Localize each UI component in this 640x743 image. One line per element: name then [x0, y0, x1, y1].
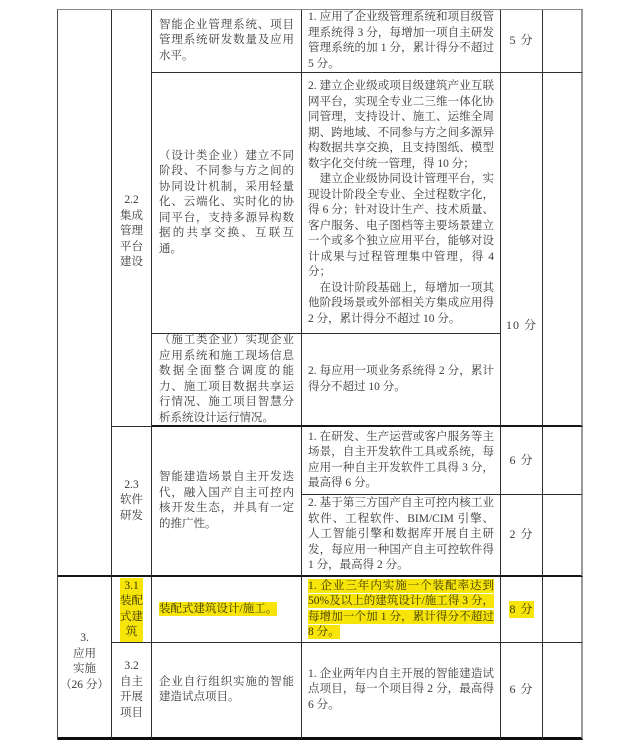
- section-3-header-cell: 3. 应用 实施 （26 分）: [58, 577, 112, 740]
- remarks-empty-cell: [543, 73, 583, 427]
- subsection-3-1-label: 3.1 装配 式建 筑: [120, 578, 143, 642]
- criteria-self-developed-tools: 1. 在研发、生产运营或客户服务等主场景，自主开发软件工具或系统，每应用一种自主…: [302, 427, 500, 495]
- score-6a: 6 分: [509, 453, 533, 469]
- score-2: 2 分: [509, 527, 533, 543]
- subsection-2-3-label: 2.3 软件 研发: [120, 478, 143, 525]
- remarks-empty-cell: [543, 577, 583, 643]
- score-2-cell: 2 分: [501, 495, 543, 577]
- remarks-empty-cell: [543, 427, 583, 495]
- criteria-mgmt-systems-cell: 1. 应用了企业级管理系统和项目级管理系统得 3 分，每增加一项自主研发管理系统…: [302, 10, 501, 73]
- score-6b: 6 分: [509, 682, 533, 698]
- remarks-empty-cell: [543, 10, 583, 73]
- score-10-cell: 10 分: [501, 73, 543, 427]
- desc-design-enterprise-cell: （设计类企业）建立不同阶段、不同参与方之间的协同设计机制，采用轻量化、云端化、实…: [152, 73, 302, 334]
- criteria-mgmt-systems: 1. 应用了企业级管理系统和项目级管理系统得 3 分，每增加一项自主研发管理系统…: [302, 10, 500, 73]
- subsection-2-2-label: 2.2 集成 管理 平台 建设: [120, 193, 143, 271]
- criteria-construction-platform: 2. 每应用一项业务系统得 2 分，累计得分不超过 10 分。: [302, 361, 500, 398]
- desc-construction-enterprise: （施工类企业）实现企业应用系统和施工现场信息数据全面整合调度的能力、施工项目数据…: [152, 334, 301, 427]
- criteria-domestic-kernel: 2. 基于第三方国产自主可控内核工业软件、工程软件、BIM/CIM 引擎、人工智…: [302, 495, 500, 577]
- criteria-pilot-projects-cell: 1. 企业两年内自主开展的智能建造试点项目，每一个项目得 2 分，最高得 6 分…: [302, 643, 501, 740]
- criteria-domestic-kernel-cell: 2. 基于第三方国产自主可控内核工业软件、工程软件、BIM/CIM 引擎、人工智…: [302, 495, 501, 577]
- criteria-design-platform-cell: 2. 建立企业级或项目级建筑产业互联网平台，实现全专业二三维一体化协同管理，支持…: [302, 73, 501, 334]
- criteria-prefab-rate-cell: 1. 企业三年内实施一个装配率达到50%及以上的建筑设计/施工得 3 分，每增加…: [302, 577, 501, 643]
- desc-mgmt-systems: 智能企业管理系统、项目管理系统研发数量及应用水平。: [152, 15, 301, 68]
- score-8: 8 分: [509, 601, 533, 619]
- criteria-design-platform: 2. 建立企业级或项目级建筑产业互联网平台，实现全专业二三维一体化协同管理，支持…: [302, 76, 500, 330]
- subsection-3-1-cell: 3.1 装配 式建 筑: [112, 577, 152, 643]
- criteria-pilot-projects: 1. 企业两年内自主开展的智能建造试点项目，每一个项目得 2 分，最高得 6 分…: [302, 664, 500, 717]
- score-10: 10 分: [506, 318, 537, 334]
- scanned-score-table-page: 3. 应用 实施 （26 分） 2.2 集成 管理 平台 建设 2.3 软件 研…: [0, 0, 640, 743]
- desc-self-projects-cell: 企业自行组织实施的智能建造试点项目。: [152, 643, 302, 740]
- criteria-construction-platform-cell: 2. 每应用一项业务系统得 2 分，累计得分不超过 10 分。: [302, 334, 501, 427]
- subsection-3-2-label: 3.2 自主 开展 项目: [120, 659, 143, 721]
- criteria-self-developed-tools-cell: 1. 在研发、生产运营或客户服务等主场景，自主开发软件工具或系统，每应用一种自主…: [302, 427, 501, 495]
- score-8-cell: 8 分: [501, 577, 543, 643]
- score-6a-cell: 6 分: [501, 427, 543, 495]
- desc-mgmt-systems-cell: 智能企业管理系统、项目管理系统研发数量及应用水平。: [152, 10, 302, 73]
- criteria-prefab-rate: 1. 企业三年内实施一个装配率达到50%及以上的建筑设计/施工得 3 分，每增加…: [308, 579, 494, 640]
- desc-software-rd: 智能建造场景自主开发迭代，融入国产自主可控内核开发生态，并具有一定的推广性。: [152, 467, 301, 535]
- score-6b-cell: 6 分: [501, 643, 543, 740]
- desc-prefab-building-cell: 装配式建筑设计/施工。: [152, 577, 302, 643]
- section-3-label: 3. 应用 实施 （26 分）: [60, 621, 109, 693]
- subsection-2-2-cell: 2.2 集成 管理 平台 建设: [112, 10, 152, 427]
- subsection-3-2-cell: 3.2 自主 开展 项目: [112, 643, 152, 740]
- criteria-table: 3. 应用 实施 （26 分） 2.2 集成 管理 平台 建设 2.3 软件 研…: [57, 9, 583, 740]
- remarks-empty-cell: [543, 495, 583, 577]
- desc-self-projects: 企业自行组织实施的智能建造试点项目。: [152, 672, 301, 709]
- score-5: 5 分: [509, 33, 533, 49]
- desc-design-enterprise: （设计类企业）建立不同阶段、不同参与方之间的协同设计机制，采用轻量化、云端化、实…: [152, 146, 301, 261]
- desc-software-rd-cell: 智能建造场景自主开发迭代，融入国产自主可控内核开发生态，并具有一定的推广性。: [152, 427, 302, 577]
- desc-construction-enterprise-cell: （施工类企业）实现企业应用系统和施工现场信息数据全面整合调度的能力、施工项目数据…: [152, 334, 302, 427]
- subsection-2-3-cell: 2.3 软件 研发: [112, 427, 152, 577]
- desc-prefab-building: 装配式建筑设计/施工。: [159, 602, 277, 616]
- score-5-cell: 5 分: [501, 10, 543, 73]
- section-2-spacer-cell: [58, 10, 112, 577]
- remarks-empty-cell: [543, 643, 583, 740]
